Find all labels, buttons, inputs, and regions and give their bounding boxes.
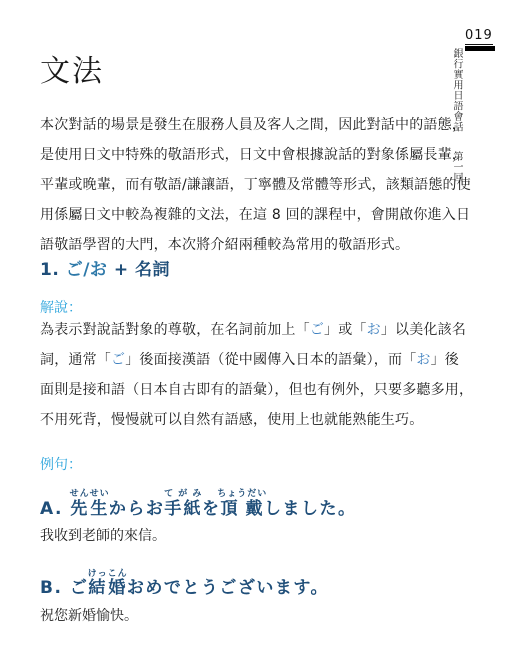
intro-paragraph: 本次對話的場景是發生在服務人員及客人之間，因此對話中的語態，是使用日文中特殊的敬… bbox=[40, 110, 471, 260]
example-sentence-b: B. ご結婚けっこんおめでとうございます。 bbox=[40, 569, 329, 601]
example-translation-b: 祝您新婚愉快。 bbox=[40, 601, 138, 631]
section-heading: 1. ご/お + 名詞 bbox=[40, 255, 170, 285]
example-translation-a: 我收到老師的來信。 bbox=[40, 521, 166, 551]
page-number-block: 019 bbox=[465, 24, 495, 51]
examples-label: 例句： bbox=[40, 450, 82, 480]
book-page: 019 銀行實用日語會話 第一回 文法 本次對話的場景是發生在服務人員及客人之間… bbox=[0, 0, 517, 658]
example-sentence-a: A. 先生せんせいからお手紙て が みを頂戴ちょうだいしました。 bbox=[40, 489, 357, 522]
explain-paragraph: 為表示對說話對象的尊敬，在名詞前加上「ご」或「お」以美化該名詞，通常「ご」後面接… bbox=[40, 315, 473, 435]
page-number: 019 bbox=[465, 28, 493, 45]
page-title: 文法 bbox=[40, 46, 104, 90]
page-number-bar bbox=[465, 46, 495, 51]
